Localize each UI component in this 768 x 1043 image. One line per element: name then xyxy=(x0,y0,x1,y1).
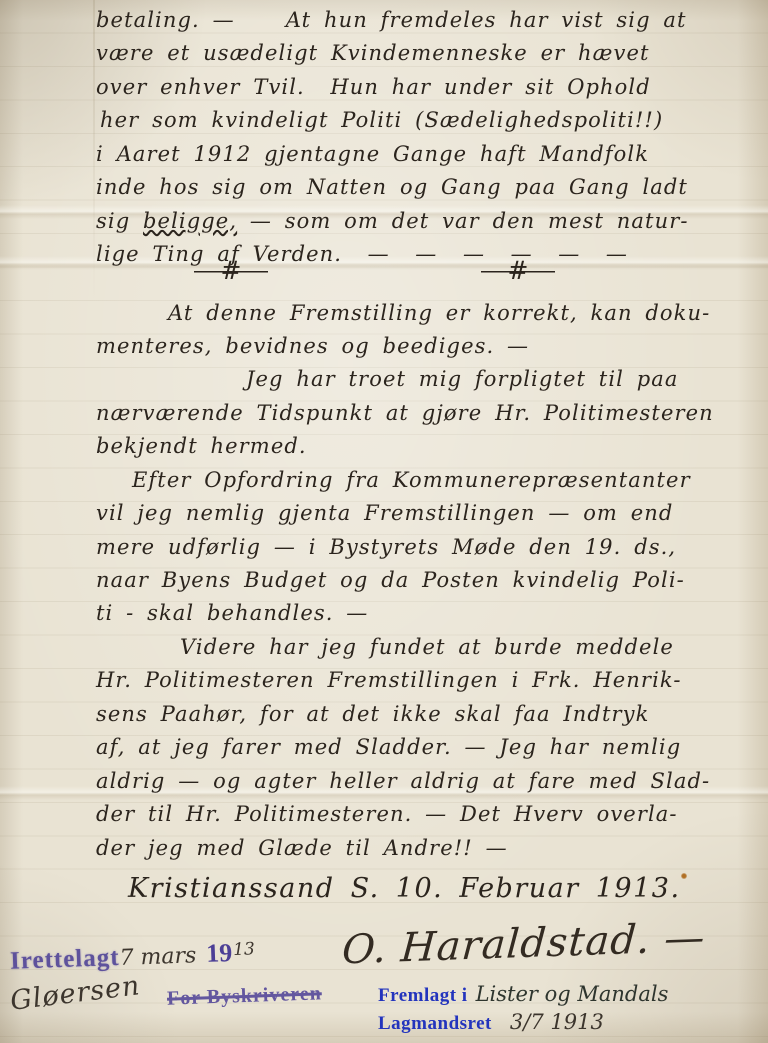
letter-line: mere udførlig — i Bystyrets Møde den 19.… xyxy=(96,531,748,564)
section-separator-mark: # xyxy=(194,256,268,285)
letter-line: i Aaret 1912 gjentagne Gange haft Mandfo… xyxy=(96,138,748,171)
section-separator-mark: # xyxy=(481,256,555,285)
dateline: Kristianssand S. 10. Februar 1913. xyxy=(128,873,681,904)
letter-line: sens Paahør, for at det ikke skal faa In… xyxy=(96,698,748,731)
handwritten-court-name: Lister og Mandals xyxy=(476,982,669,1006)
handwritten-filing-date: 7 mars xyxy=(119,943,197,971)
stamp-lagmandsret: Lagmandsret xyxy=(378,1013,492,1034)
letter-line: betaling. — At hun fremdeles har vist si… xyxy=(96,4,748,37)
letter-line: Efter Opfordring fra Kommunerepræsentant… xyxy=(96,464,748,497)
stamp-fremlagt-i: Fremlagt i xyxy=(378,985,468,1006)
filing-annotation-right: Fremlagt i Lister og Mandals Lagmandsret… xyxy=(378,982,758,1035)
underlined-word: beligge, xyxy=(143,209,237,233)
letter-line: der til Hr. Politimesteren. — Det Hverv … xyxy=(96,798,748,831)
signature-gloersen: Gløersen xyxy=(9,970,142,1017)
letter-line: være et usædeligt Kvindemenneske er hæve… xyxy=(96,37,748,70)
stamp-year: 19 xyxy=(206,938,233,968)
stamp-irettelagt: Irettelagt xyxy=(10,944,120,975)
stamp-row-gloersen: Gløersen For Byskriveren xyxy=(10,978,340,1009)
handwritten-court-date: 3/7 1913 xyxy=(510,1010,604,1034)
letter-line: sig beligge, — som om det var den mest n… xyxy=(96,205,748,238)
filing-annotation-left: Irettelagt 7 mars 1913 Gløersen For Bysk… xyxy=(10,940,340,1009)
letter-line: over enhver Tvil. Hun har under sit Opho… xyxy=(96,71,748,104)
letter-line: nærværende Tidspunkt at gjøre Hr. Politi… xyxy=(96,397,748,430)
stamp-row-irettelagt: Irettelagt 7 mars 1913 xyxy=(10,934,341,975)
handwritten-year: 13 xyxy=(233,939,255,960)
letter-line: inde hos sig om Natten og Gang paa Gang … xyxy=(96,171,748,204)
letter-line: menteres, bevidnes og beediges. — xyxy=(96,330,748,363)
letter-line: Videre har jeg fundet at burde meddele xyxy=(96,631,748,664)
letter-line: ti - skal behandles. — xyxy=(96,597,748,630)
letter-page: betaling. — At hun fremdeles har vist si… xyxy=(0,0,768,1043)
letter-line: bekjendt hermed. xyxy=(96,430,748,463)
stamp-row-lagmandsret: Lagmandsret 3/7 1913 xyxy=(378,1010,758,1035)
letter-line: naar Byens Budget og da Posten kvindelig… xyxy=(96,564,748,597)
letter-line: Jeg har troet mig forpligtet til paa xyxy=(96,363,748,396)
signature-haraldstad: O. Haraldstad. — xyxy=(340,915,706,974)
paper-stain xyxy=(681,873,687,879)
stamp-for-byskriveren-struck: For Byskriveren xyxy=(166,982,322,1010)
letter-line: vil jeg nemlig gjenta Fremstillingen — o… xyxy=(96,497,748,530)
letter-body: betaling. — At hun fremdeles har vist si… xyxy=(96,4,748,865)
letter-line: At denne Fremstilling er korrekt, kan do… xyxy=(96,297,748,330)
section-separator: ## xyxy=(96,272,748,297)
letter-line: her som kvindeligt Politi (Sædelighedspo… xyxy=(96,104,748,137)
letter-line: der jeg med Glæde til Andre!! — xyxy=(96,832,748,865)
letter-line: Hr. Politimesteren Fremstillingen i Frk.… xyxy=(96,664,748,697)
paper-fold-line xyxy=(93,0,95,300)
letter-line: af, at jeg farer med Sladder. — Jeg har … xyxy=(96,731,748,764)
stamp-row-fremlagt: Fremlagt i Lister og Mandals xyxy=(378,982,758,1007)
letter-line: aldrig — og agter heller aldrig at fare … xyxy=(96,765,748,798)
